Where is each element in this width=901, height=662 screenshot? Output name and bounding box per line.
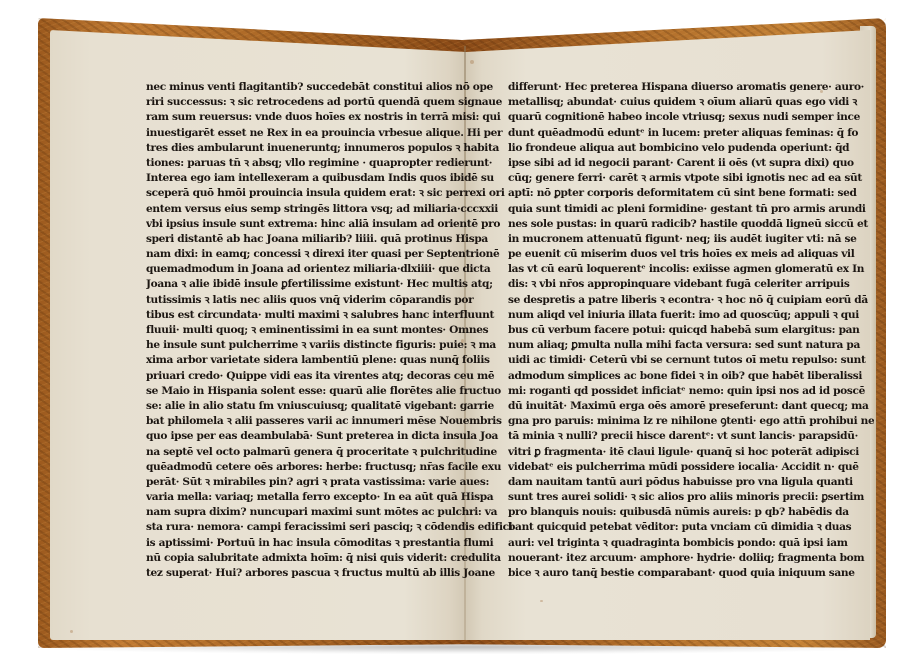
- text-line: varia mella: variaq; metalla ferro excep…: [146, 490, 512, 505]
- text-line: he insule sunt pulcherrime ꝛ variis dist…: [146, 338, 512, 353]
- text-line: bice ꝛ auro tanq̄ bestie comparabant· qu…: [508, 566, 874, 581]
- text-line: entem versus eius semp stringēs littora …: [146, 202, 512, 217]
- text-line: se Maio in Hispania solent esse: quarū a…: [146, 384, 512, 399]
- text-line: nam supra dixim? nuncupari maximi sunt m…: [146, 505, 512, 520]
- text-line: se despretis a patre liberis ꝛ econtra· …: [508, 293, 874, 308]
- text-line: nam dixi: in eamq; concessi ꝛ direxi ite…: [146, 247, 512, 262]
- text-line: tez superat· Hui? arbores pascua ꝛ fruct…: [146, 566, 512, 581]
- text-line: tibus est circundata· multi maximi ꝛ sal…: [146, 308, 512, 323]
- text-line: nouerant· itez arcuum· amphore· hydrie· …: [508, 551, 874, 566]
- text-line: num aliqd vel iniuria illata fuerit: imo…: [508, 308, 874, 323]
- text-line: dis: ꝛ vbi nr̄os appropinquare videbant …: [508, 277, 874, 292]
- text-line: dam nauitam tantū auri pōdus habuisse pr…: [508, 475, 874, 490]
- text-line: sta rura· nemora· campi feracissimi seri…: [146, 520, 512, 535]
- right-page-text: differunt· Hec preterea Hispana diuerso …: [508, 80, 874, 581]
- text-line: aptī: nō ꝑpter corporis deformitatem cū …: [508, 186, 874, 201]
- text-line: ram sum reuersus: vnde duos hoīes ex nos…: [146, 110, 512, 125]
- text-line: bant quicquid petebat vēditor: puta vnci…: [508, 520, 874, 535]
- text-line: tiones: paruas tn̄ ꝛ absq; vllo regimine…: [146, 156, 512, 171]
- text-line: pro blanquis nouis: quibusdā nūmis aurei…: [508, 505, 874, 520]
- text-line: vbi ipsius insule sunt extrema: hinc ali…: [146, 217, 512, 232]
- text-line: lio frondeue aliqua aut bombicino velo p…: [508, 141, 874, 156]
- text-line: mi: roganti qd possidet inficiatᵉ nemo: …: [508, 384, 874, 399]
- text-line: quemadmodum in Joana ad orientez miliari…: [146, 262, 512, 277]
- text-line: Joana ꝛ alie ibidē insule ꝑfertilissime …: [146, 277, 512, 292]
- text-line: quia sunt timidi ac pleni formidine· ges…: [508, 202, 874, 217]
- text-line: uidi ac timidi· Ceterū vbi se cernunt tu…: [508, 353, 874, 368]
- text-line: inuestigarēt esset ne Rex in ea prouinci…: [146, 126, 512, 141]
- text-line: sceperā quō hmōi prouincia insula quidem…: [146, 186, 512, 201]
- text-line: is aptissimi· Portuū in hac insula cōmod…: [146, 536, 512, 551]
- text-line: metallisq; abundat· cuius quidem ꝛ oīum …: [508, 95, 874, 110]
- text-line: sunt tres aurei solidi· ꝛ sic alios pro …: [508, 490, 874, 505]
- text-line: las vt cū earū loquerentᵉ incolis: exiis…: [508, 262, 874, 277]
- text-line: nes sole pustas: in quarū radicib? hasti…: [508, 217, 874, 232]
- text-line: auri: vel triginta ꝛ quadraginta bombici…: [508, 536, 874, 551]
- text-line: priuari credo· Quippe vidi eas ita viren…: [146, 369, 512, 384]
- text-line: dū inuitāt· Maximū erga oēs amorē presef…: [508, 399, 874, 414]
- text-line: quēadmodū cetere oēs arbores: herbe: fru…: [146, 460, 512, 475]
- foxing-spot: [470, 60, 474, 64]
- foxing-spot: [540, 600, 543, 602]
- text-line: ipse sibi ad id negocii parant· Carent i…: [508, 156, 874, 171]
- text-line: speri distantē ab hac Joana miliarib? li…: [146, 232, 512, 247]
- text-line: quo ipse per eas deambulabā· Sunt preter…: [146, 429, 512, 444]
- text-line: bat philomela ꝛ alii passeres varii ac i…: [146, 414, 512, 429]
- text-line: se: alie in alio statu ſm vniuscuiusq; q…: [146, 399, 512, 414]
- text-line: cūq; genere ferri· carēt ꝛ armis vtpote …: [508, 171, 874, 186]
- text-line: Interea ego iam intellexeram a quibusdam…: [146, 171, 512, 186]
- text-line: na septē vel octo palmarū genera q̄ proc…: [146, 445, 512, 460]
- text-line: xima arbor varietate sidera lambentiū pl…: [146, 353, 512, 368]
- text-line: nū copia salubritate admixta hoīm: q̄ ni…: [146, 551, 512, 566]
- text-line: in mucronem attenuatū figunt· neq; iis a…: [508, 232, 874, 247]
- text-line: differunt· Hec preterea Hispana diuerso …: [508, 80, 874, 95]
- foxing-spot: [70, 630, 73, 633]
- text-line: admodum simplices ac bone fidei ꝛ in oib…: [508, 369, 874, 384]
- text-line: pe euenit cū miserim duos vel tris hoīes…: [508, 247, 874, 262]
- text-line: tres dies ambularunt inueneruntq; innume…: [146, 141, 512, 156]
- text-line: videbatᵉ eis pulcherrima mūdi possidere …: [508, 460, 874, 475]
- text-line: riri successus: ꝛ sic retrocedens ad por…: [146, 95, 512, 110]
- text-line: gna pro paruis: minima lz re nihilone ꝯt…: [508, 414, 874, 429]
- text-line: perāt· Sūt ꝛ mirabiles pin? agri ꝛ prata…: [146, 475, 512, 490]
- text-line: nec minus venti flagitantib? succedebāt …: [146, 80, 512, 95]
- left-page-text: nec minus venti flagitantib? succedebāt …: [146, 80, 512, 581]
- text-line: dunt quēadmodū eduntᵉ in lucem: preter a…: [508, 126, 874, 141]
- text-line: bus cū verbum facere potui: quicqd habeb…: [508, 323, 874, 338]
- text-line: tutissimis ꝛ latis nec aliis quos vnq̄ v…: [146, 293, 512, 308]
- text-line: fluuii· multi quoq; ꝛ eminentissimi in e…: [146, 323, 512, 338]
- text-line: quarū cognitionē habeo incole vtriusq; s…: [508, 110, 874, 125]
- text-line: num aliaq; ꝑmulta nulla mihi facta versu…: [508, 338, 874, 353]
- text-line: vitri ꝑ fragmenta· itē claui ligule· qua…: [508, 445, 874, 460]
- text-line: tā minia ꝛ nulli? precii hisce darentᵉ: …: [508, 429, 874, 444]
